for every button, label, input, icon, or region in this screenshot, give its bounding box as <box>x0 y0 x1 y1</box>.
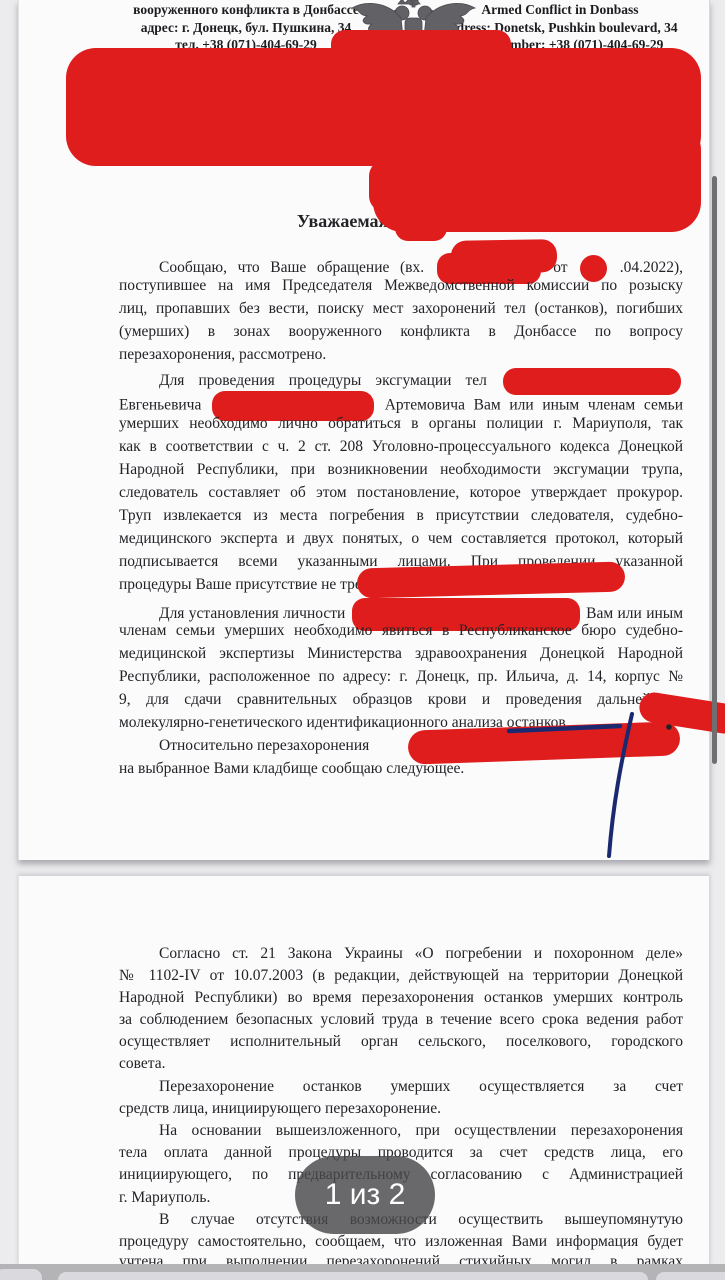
letter-text: Республики, расположенное по адресу: г. … <box>119 668 683 685</box>
letter-text-line: (умерших) в зонах вооруженного конфликта… <box>119 322 683 342</box>
letter-text-line: медицинской экспертизы Министерства здра… <box>119 644 683 664</box>
letter-text-line: Перезахоронение останков умерших осущест… <box>119 1077 683 1097</box>
letter-text: На основании вышеизложенного, при осущес… <box>159 1122 683 1139</box>
letter-text: Труп извлекается из места погребения в п… <box>119 507 683 524</box>
letter-text: г. Мариуполь. <box>119 1189 210 1206</box>
letter-text-line: осуществляет исполнительный орган сельск… <box>119 1032 683 1052</box>
letter-text-line: Труп извлекается из места погребения в п… <box>119 506 683 526</box>
letter-text: Относительно перезахоронения <box>159 737 369 754</box>
letter-text-line: средств лица, инициирующего перезахороне… <box>119 1099 683 1119</box>
letter-text: поступившее на имя Председателя Межведом… <box>119 277 683 294</box>
letter-text-line: лиц, пропавших без вести, поиску мест за… <box>119 299 683 319</box>
letter-text: .04.2022), <box>620 259 683 276</box>
scrollbar-thumb[interactable] <box>712 176 717 764</box>
redaction-mark <box>451 239 558 274</box>
letter-text-line: процедуру самостоятельно, сообщаем, что … <box>119 1232 683 1252</box>
letter-text: Евгеньевича <box>119 397 201 414</box>
letter-text-line: следователь составляет об этом постановл… <box>119 483 683 503</box>
letter-text-line: Народной Республики) во время перезахоро… <box>119 988 683 1008</box>
letter-text: Сообщаю, что Ваше обращение (вх. <box>159 259 424 276</box>
letter-text: совета. <box>119 1055 165 1072</box>
letter-text-line: поступившее на имя Председателя Межведом… <box>119 276 683 296</box>
redaction-mark <box>331 30 511 85</box>
letter-text: за соблюдением безопасных условий труда … <box>119 1011 683 1028</box>
letter-text-line: перезахоронения, рассмотрено. <box>119 345 683 365</box>
letter-text: следователь составляет об этом постановл… <box>119 484 683 501</box>
letter-text: Народной Республики, при возникновении н… <box>119 461 683 478</box>
letter-text-line: членам семьи умерших необходимо явиться … <box>119 621 683 641</box>
letter-text: Перезахоронение останков умерших осущест… <box>159 1078 683 1095</box>
document-viewer[interactable]: вооруженного конфликта в Донбассе адрес:… <box>0 0 725 1280</box>
letter-text: медицинской экспертизы Министерства здра… <box>119 645 683 662</box>
letter-text-line: Народной Республики, при возникновении н… <box>119 460 683 480</box>
letter-text: Для проведения процедуры эксгумации тел <box>159 372 487 389</box>
letter-text: осуществляет исполнительный орган сельск… <box>119 1033 683 1050</box>
letter-text-line: умерших необходимо лично обратиться в ор… <box>119 414 683 434</box>
letter-text: перезахоронения, рассмотрено. <box>119 346 326 363</box>
letter-text-line: Республики, расположенное по адресу: г. … <box>119 667 683 687</box>
letter-text: Народной Республики) во время перезахоро… <box>119 989 683 1006</box>
redaction-mark <box>369 160 415 212</box>
page-indicator-label: 1 из 2 <box>325 1178 406 1212</box>
keyboard-key[interactable] <box>656 1272 725 1280</box>
document-page-1: вооруженного конфликта в Донбассе адрес:… <box>18 0 710 860</box>
letter-text-line: № 1102-IV от 10.07.2003 (в редакции, дей… <box>119 966 683 986</box>
letter-text-line: на выбранное Вами кладбище сообщаю следу… <box>119 759 683 779</box>
letter-text: Для установления личности <box>159 605 345 622</box>
redaction-mark <box>373 120 701 232</box>
letter-text: как в соответствии с ч. 2 ст. 208 Уголов… <box>119 438 683 455</box>
letter-text: Согласно ст. 21 Закона Украины «О погреб… <box>159 945 683 962</box>
letter-text: лиц, пропавших без вести, поиску мест за… <box>119 300 683 317</box>
letter-text-line: На основании вышеизложенного, при осущес… <box>119 1121 683 1141</box>
letter-text: на выбранное Вами кладбище сообщаю следу… <box>119 760 464 777</box>
letter-text-line: за соблюдением безопасных условий труда … <box>119 1010 683 1030</box>
page-indicator: 1 из 2 <box>295 1156 435 1234</box>
letter-text-line: как в соответствии с ч. 2 ст. 208 Уголов… <box>119 437 683 457</box>
letter-text-line: совета. <box>119 1054 683 1074</box>
keyboard-key[interactable] <box>58 1272 648 1280</box>
letter-text: членам семьи умерших необходимо явиться … <box>119 622 683 639</box>
letter-text: 9, для сдачи сравнительных образцов кров… <box>119 691 683 708</box>
letter-text: умерших необходимо лично обратиться в ор… <box>119 415 683 432</box>
letter-text: средств лица, инициирующего перезахороне… <box>119 1100 441 1117</box>
letter-text-line: 9, для сдачи сравнительных образцов кров… <box>119 690 683 710</box>
keyboard-key[interactable] <box>0 1269 42 1280</box>
letter-text-line: медицинского эксперта и двух понятых, о … <box>119 529 683 549</box>
letter-text: Вам или иным <box>586 605 683 622</box>
letter-text: Артемовича Вам или иным членам семьи <box>385 397 683 414</box>
letter-text: (умерших) в зонах вооруженного конфликта… <box>119 323 683 340</box>
letter-text: Уважаемая <box>297 211 388 231</box>
letter-text: медицинского эксперта и двух понятых, о … <box>119 530 683 547</box>
letter-text: процедуру самостоятельно, сообщаем, что … <box>119 1233 683 1250</box>
letter-text-line: Согласно ст. 21 Закона Украины «О погреб… <box>119 944 683 964</box>
letter-text: № 1102-IV от 10.07.2003 (в редакции, дей… <box>119 967 683 984</box>
